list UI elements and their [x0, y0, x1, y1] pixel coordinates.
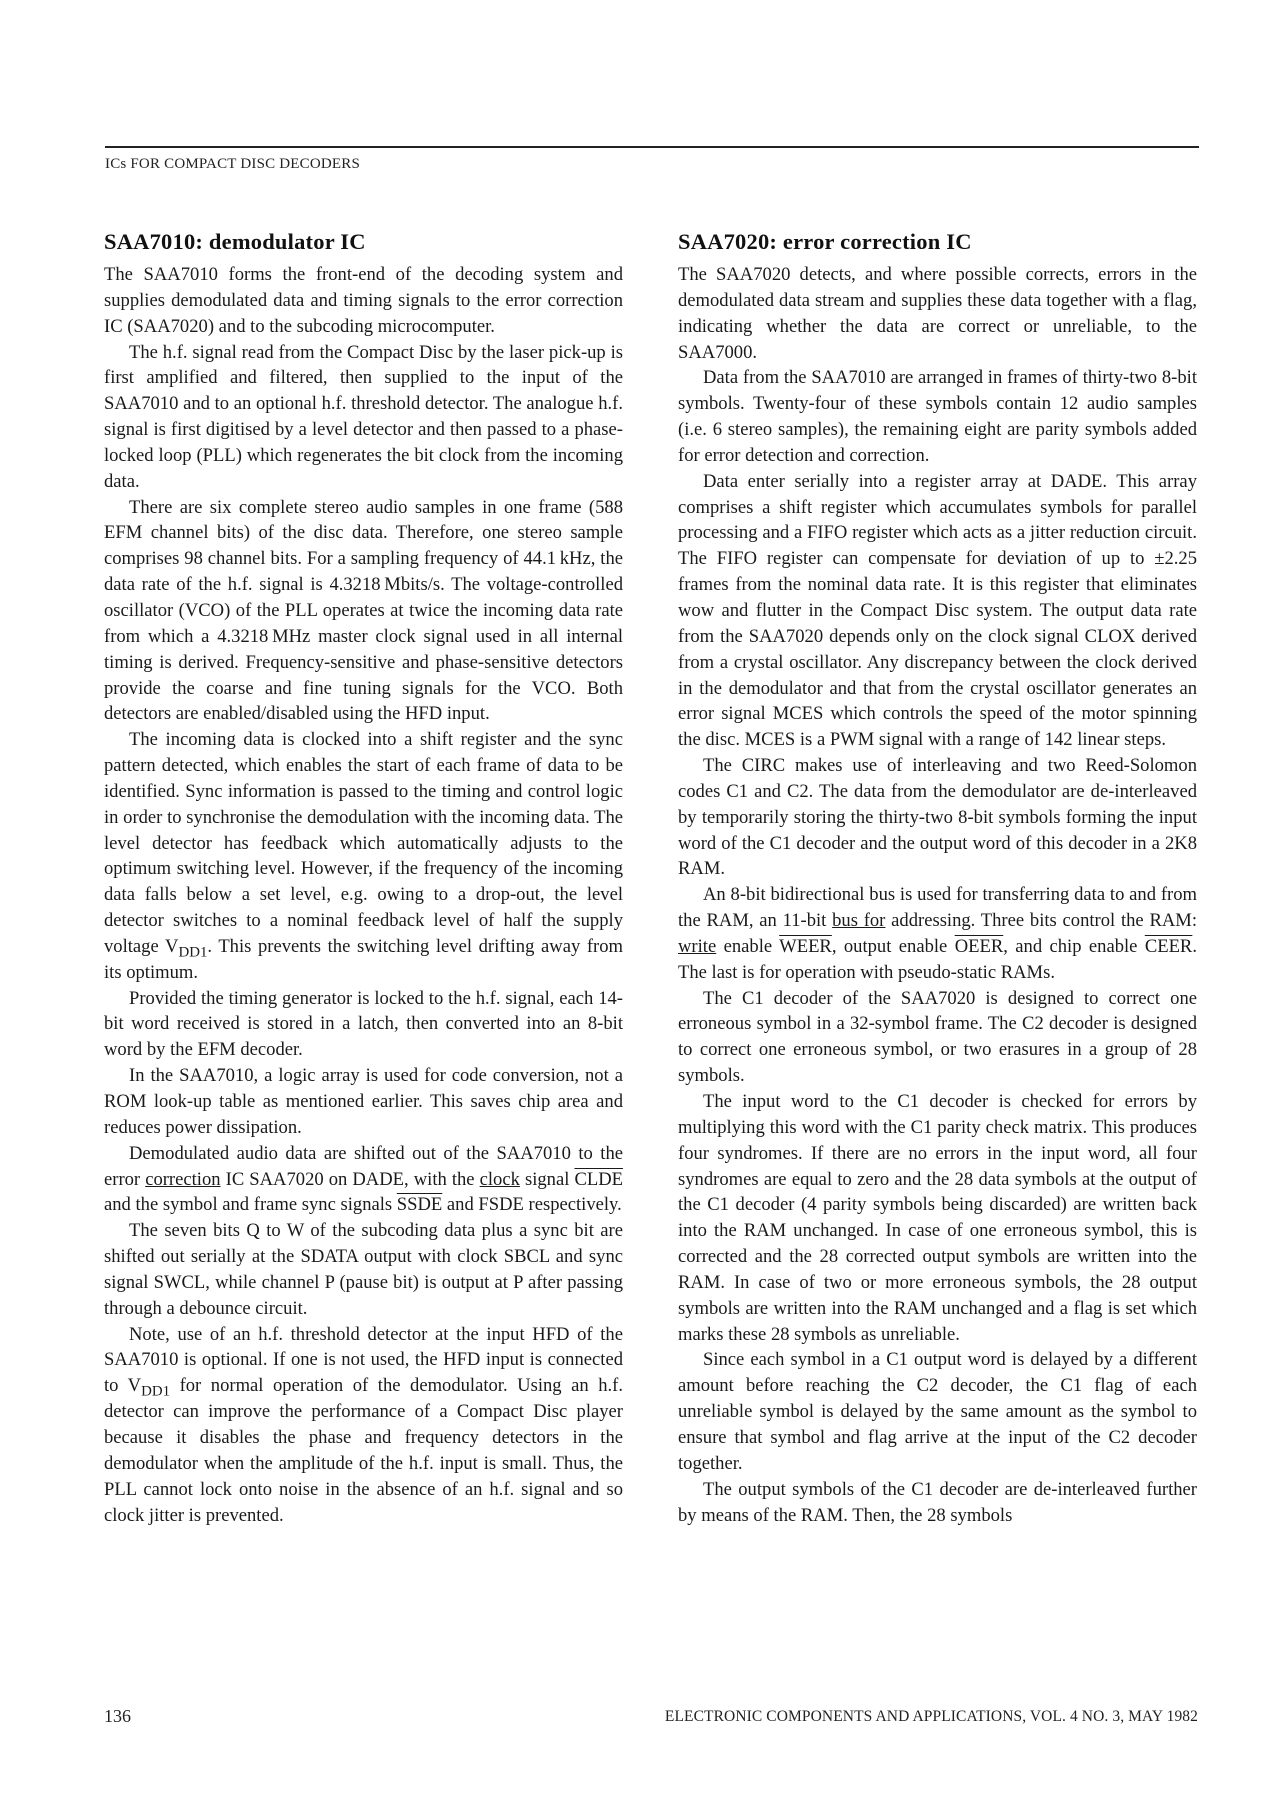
text-run: , output enable [832, 936, 955, 957]
text-run: There are six complete stereo audio samp… [104, 497, 623, 725]
text-run: The incoming data is clocked into a shif… [104, 729, 623, 957]
paragraph: Provided the timing generator is locked … [104, 986, 623, 1064]
paragraph: Demodulated audio data are shifted out o… [104, 1141, 623, 1219]
underlined-text: bus for [832, 910, 885, 931]
paragraph: Data enter serially into a register arra… [678, 469, 1197, 753]
text-run: The SAA7020 detects, and where possible … [678, 264, 1197, 363]
overlined-signal-name: CLDE [574, 1169, 623, 1190]
text-run: and the symbol and frame sync signals [104, 1194, 397, 1215]
text-run: The output symbols of the C1 decoder are… [678, 1479, 1197, 1526]
text-run: Since each symbol in a C1 output word is… [678, 1349, 1197, 1473]
text-run: The SAA7010 forms the front-end of the d… [104, 264, 623, 337]
underlined-text: correction [145, 1169, 220, 1190]
subscript: DD1 [141, 1384, 170, 1400]
running-head: ICs FOR COMPACT DISC DECODERS [105, 156, 360, 173]
paragraph: Since each symbol in a C1 output word is… [678, 1347, 1197, 1476]
text-run: enable [716, 936, 779, 957]
section-heading-saa7010: SAA7010: demodulator IC [104, 228, 623, 256]
left-column-body: The SAA7010 forms the front-end of the d… [104, 262, 623, 1528]
paragraph: The incoming data is clocked into a shif… [104, 727, 623, 985]
text-run: The h.f. signal read from the Compact Di… [104, 342, 623, 492]
paragraph: There are six complete stereo audio samp… [104, 495, 623, 728]
subscript: DD1 [178, 944, 207, 960]
paragraph: An 8-bit bidirectional bus is used for t… [678, 882, 1197, 985]
header-rule [105, 146, 1199, 148]
text-run: IC SAA7020 on DADE, with the [221, 1169, 480, 1190]
text-run: Data enter serially into a register arra… [678, 471, 1197, 750]
text-run: The seven bits Q to W of the subcoding d… [104, 1220, 623, 1319]
text-run: for normal operation of the de­modulator… [104, 1375, 623, 1525]
text-run: and FSDE respectively. [442, 1194, 622, 1215]
text-run: In the SAA7010, a logic array is used fo… [104, 1065, 623, 1138]
text-run: The C1 decoder of the SAA7020 is designe… [678, 988, 1197, 1087]
paragraph: The C1 decoder of the SAA7020 is designe… [678, 986, 1197, 1089]
text-run: Provided the timing generator is locked … [104, 988, 623, 1061]
paragraph: Data from the SAA7010 are arranged in fr… [678, 365, 1197, 468]
text-run: Data from the SAA7010 are arranged in fr… [678, 367, 1197, 466]
text-run: . This prevents the switching level drif… [104, 936, 623, 983]
overlined-signal-name: OEER [955, 936, 1004, 957]
left-column: SAA7010: demodulator IC The SAA7010 form… [104, 228, 623, 1528]
journal-citation: ELECTRONIC COMPONENTS AND APPLICATIONS, … [665, 1708, 1198, 1726]
paragraph: The input word to the C1 decoder is chec… [678, 1089, 1197, 1347]
paragraph: In the SAA7010, a logic array is used fo… [104, 1063, 623, 1141]
paragraph: The SAA7020 detects, and where possible … [678, 262, 1197, 365]
right-column: SAA7020: error correction IC The SAA7020… [678, 228, 1197, 1528]
paragraph: Note, use of an h.f. threshold detector … [104, 1322, 623, 1529]
text-run: The CIRC makes use of interleaving and t… [678, 755, 1197, 879]
right-column-body: The SAA7020 detects, and where possible … [678, 262, 1197, 1528]
text-run: signal [520, 1169, 575, 1190]
paragraph: The CIRC makes use of interleaving and t… [678, 753, 1197, 882]
overlined-signal-name: WEER [779, 936, 832, 957]
text-run: The input word to the C1 decoder is chec… [678, 1091, 1197, 1345]
text-run: addressing. Three bits control the RAM: [885, 910, 1197, 931]
paragraph: The seven bits Q to W of the subcoding d… [104, 1218, 623, 1321]
text-run: , and chip enable [1003, 936, 1145, 957]
paragraph: The h.f. signal read from the Compact Di… [104, 340, 623, 495]
overlined-signal-name: CEER [1145, 936, 1193, 957]
paragraph: The SAA7010 forms the front-end of the d… [104, 262, 623, 340]
paragraph: The output symbols of the C1 decoder are… [678, 1477, 1197, 1529]
page-number: 136 [104, 1706, 131, 1727]
overlined-signal-name: SSDE [397, 1194, 442, 1215]
underlined-text: write [678, 936, 716, 957]
underlined-text: clock [480, 1169, 520, 1190]
section-heading-saa7020: SAA7020: error correction IC [678, 228, 1197, 256]
